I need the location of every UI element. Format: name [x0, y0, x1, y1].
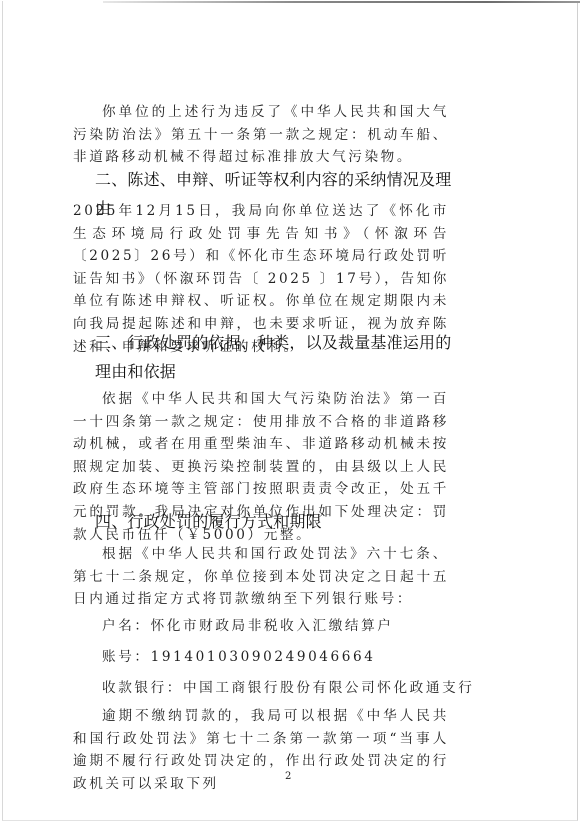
- page-number: 2: [285, 771, 291, 782]
- account-name: 户名：怀化市财政局非税收入汇缴结算户: [102, 614, 394, 634]
- heading-penalty-basis: 三、行政处罚的依据、种类，以及裁量基准运用的理由和依据: [95, 328, 455, 386]
- heading-performance: 四、行政处罚的履行方式和期限: [95, 507, 455, 536]
- paragraph-payment: 根据《中华人民共和国行政处罚法》六十七条、第七十二条规定，你单位接到本处罚决定之…: [73, 543, 449, 611]
- receiving-bank: 收款银行：中国工商银行股份有限公司怀化政通支行: [102, 676, 474, 696]
- scan-edge: [103, 1, 580, 3]
- account-number: 账号：19140103090249046664: [102, 645, 376, 665]
- paragraph-overdue: 逾期不缴纳罚款的，我局可以根据《中华人民共和国行政处罚法》第七十二条第一款第一项…: [73, 705, 449, 795]
- document-page: 你单位的上述行为违反了《中华人民共和国大气污染防治法》第五十一条第一款之规定：机…: [2, 1, 578, 821]
- paragraph-violation: 你单位的上述行为违反了《中华人民共和国大气污染防治法》第五十一条第一款之规定：机…: [73, 101, 449, 169]
